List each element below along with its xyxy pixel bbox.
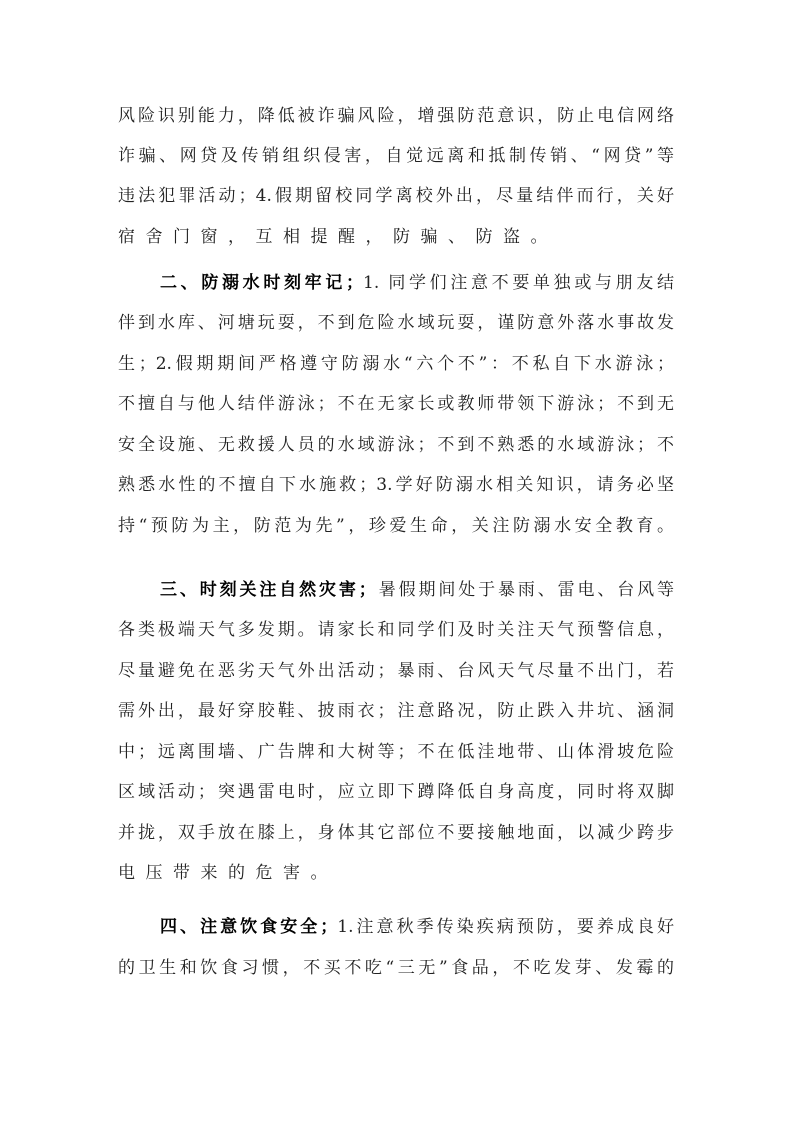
- text-line-first: 四、注意饮食安全；1.注意秋季传染疾病预防，要养成良好: [160, 915, 674, 939]
- text-line: 诈骗、网贷及传销组织侵害，自觉远离和抵制传销、“网贷”等: [118, 144, 674, 168]
- text-line: 伴到水库、河塘玩耍，不到危险水域玩耍，谨防意外落水事故发: [118, 311, 674, 335]
- text-line: 安全设施、无救援人员的水域游泳；不到不熟悉的水域游泳；不: [118, 433, 674, 457]
- text-line: 违法犯罪活动；4.假期留校同学离校外出，尽量结伴而行，关好: [118, 184, 674, 208]
- text-line: 各类极端天气多发期。请家长和同学们及时关注天气预警信息，: [118, 618, 674, 642]
- text-line: 不擅自与他人结伴游泳；不在无家长或教师带领下游泳；不到无: [118, 392, 674, 416]
- section-heading: 四、注意饮食安全；: [160, 917, 337, 937]
- text-line: 电压带来的危害。: [118, 861, 674, 885]
- text-line: 宿舍门窗，互相提醒，防骗、防盗。: [118, 225, 674, 249]
- section-heading: 二、防溺水时刻牢记；: [160, 273, 363, 293]
- text-line: 需外出，最好穿胶鞋、披雨衣；注意路况，防止跌入井坑、涵洞: [118, 699, 674, 723]
- text-span: 1. 同学们注意不要单独或与朋友结: [363, 273, 674, 293]
- text-line: 风险识别能力，降低被诈骗风险，增强防范意识，防止电信网络: [118, 104, 674, 128]
- text-line: 生；2.假期期间严格遵守防溺水“六个不”：不私自下水游泳；: [118, 352, 674, 376]
- text-span: 暑假期间处于暴雨、雷电、台风等: [376, 580, 674, 600]
- text-line: 的卫生和饮食习惯，不买不吃“三无”食品，不吃发芽、发霉的: [118, 956, 674, 980]
- text-line: 持“预防为主，防范为先”，珍爱生命，关注防溺水安全教育。: [118, 514, 674, 538]
- text-line: 并拢，双手放在膝上，身体其它部位不要接触地面，以减少跨步: [118, 821, 674, 845]
- text-line: 尽量避免在恶劣天气外出活动；暴雨、台风天气尽量不出门，若: [118, 659, 674, 683]
- text-line: 中；远离围墙、广告牌和大树等；不在低洼地带、山体滑坡危险: [118, 740, 674, 764]
- section-heading: 三、时刻关注自然灾害；: [160, 580, 376, 600]
- text-line: 区域活动；突遇雷电时，应立即下蹲降低自身高度，同时将双脚: [118, 780, 674, 804]
- text-line: 熟悉水性的不擅自下水施救；3.学好防溺水相关知识，请务必坚: [118, 473, 674, 497]
- text-line-first: 三、时刻关注自然灾害；暑假期间处于暴雨、雷电、台风等: [160, 578, 674, 602]
- text-span: 1.注意秋季传染疾病预防，要养成良好: [337, 917, 674, 937]
- text-line-first: 二、防溺水时刻牢记；1. 同学们注意不要单独或与朋友结: [160, 271, 674, 295]
- document-page: 风险识别能力，降低被诈骗风险，增强防范意识，防止电信网络 诈骗、网贷及传销组织侵…: [0, 0, 793, 1122]
